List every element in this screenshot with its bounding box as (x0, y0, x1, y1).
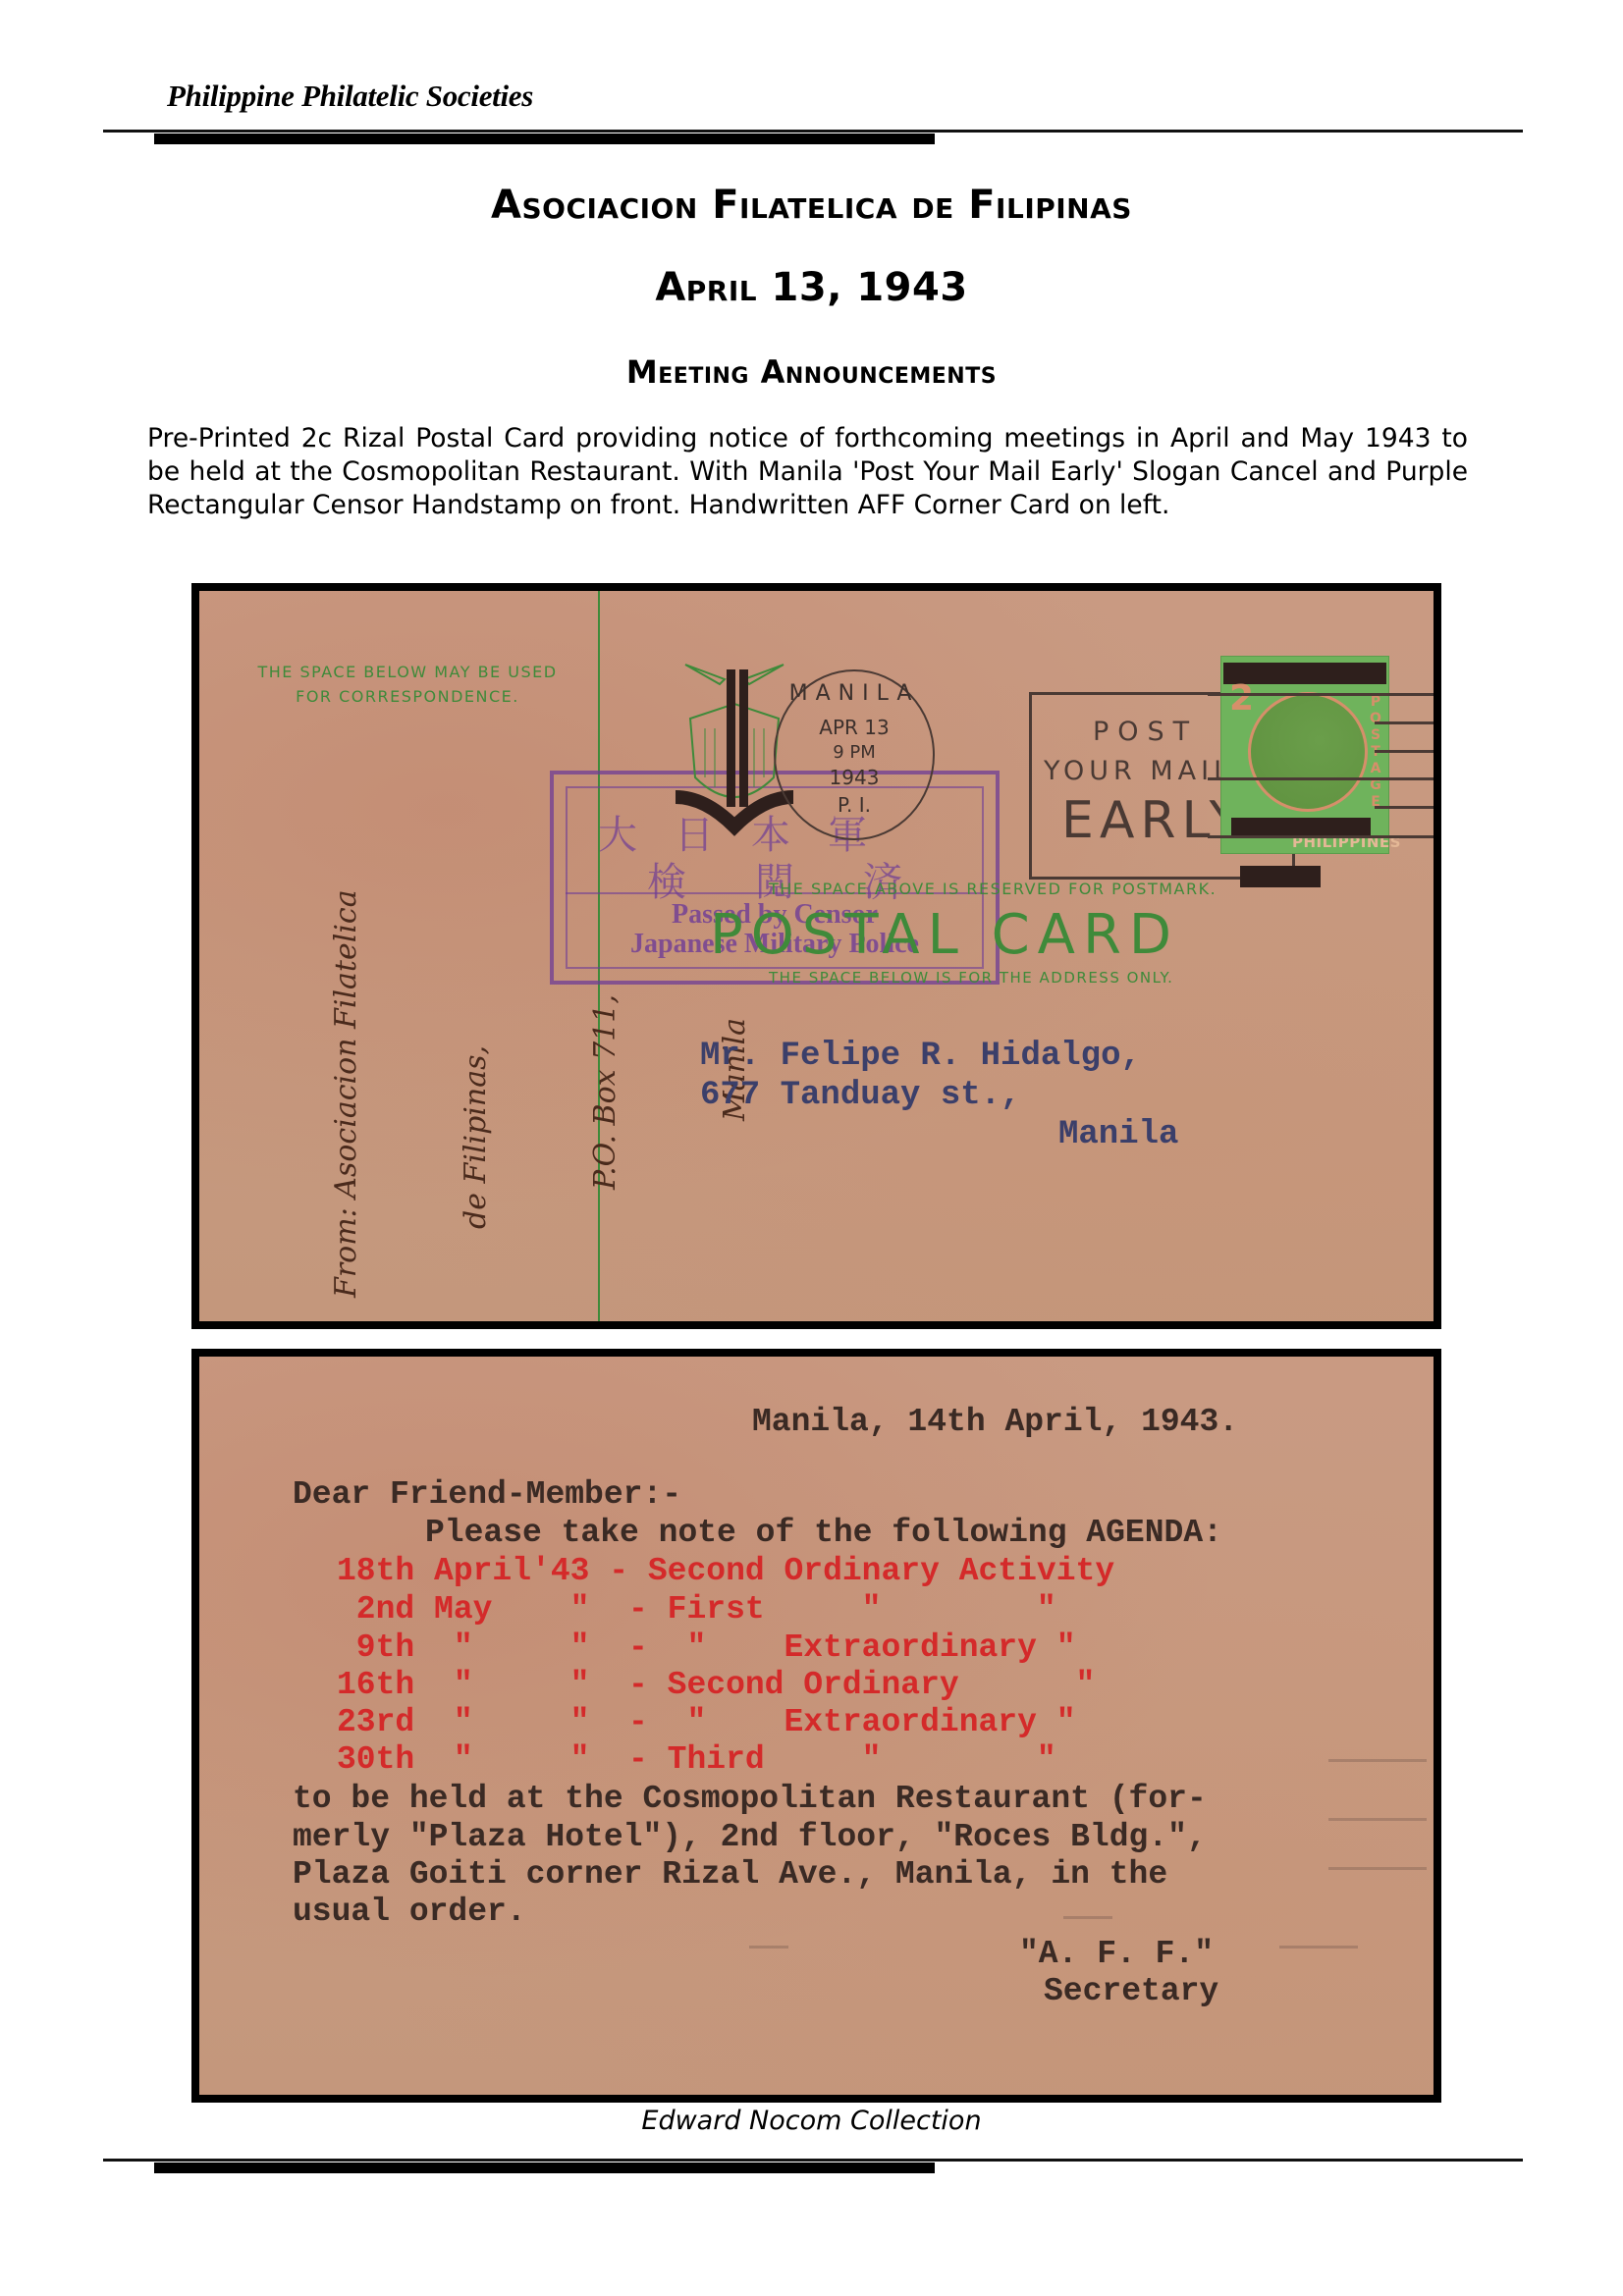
letter-signature-title: Secretary (1044, 1973, 1218, 2011)
footer-rule (103, 2159, 1523, 2162)
letter-intro: Please take note of the following AGENDA… (425, 1515, 1222, 1553)
rizal-stamp: 2 POSTAGE PHILIPPINES (1220, 656, 1389, 854)
letter-body-line: to be held at the Cosmopolitan Restauran… (293, 1781, 1207, 1819)
correspondence-note: THE SPACE BELOW MAY BE USED FOR CORRESPO… (221, 660, 594, 709)
date-title: April 13, 1943 (0, 265, 1623, 310)
society-header: Philippine Philatelic Societies (167, 79, 533, 114)
footer-rule-bar (154, 2163, 935, 2173)
header-rule (103, 130, 1523, 133)
letter-signature: "A. F. F." (1019, 1936, 1214, 1974)
postal-card-back: Manila, 14th April, 1943. Dear Friend-Me… (191, 1349, 1441, 2103)
header-rule-bar (154, 133, 935, 144)
letter-body-line: Plaza Goiti corner Rizal Ave., Manila, i… (293, 1856, 1167, 1895)
agenda-item: 16th " " - Second Ordinary " (337, 1667, 1095, 1705)
obliteration-bar (1240, 866, 1321, 887)
letter-body-line: merly "Plaza Hotel"), 2nd floor, "Roces … (293, 1819, 1207, 1857)
description: Pre-Printed 2c Rizal Postal Card providi… (147, 422, 1468, 522)
address-name: Mr. Felipe R. Hidalgo, (700, 1037, 1141, 1076)
agenda-item: 18th April'43 - Second Ordinary Activity (337, 1553, 1114, 1591)
agenda-item: 2nd May " - First " " (337, 1591, 1056, 1629)
letter-body-line: usual order. (293, 1894, 526, 1932)
collection-caption: Edward Nocom Collection (0, 2106, 1623, 2136)
postal-card-front: THE SPACE BELOW MAY BE USED FOR CORRESPO… (191, 583, 1441, 1329)
rizal-portrait-icon (1248, 692, 1368, 812)
letter-salutation: Dear Friend-Member:- (293, 1476, 681, 1515)
letter-dateline: Manila, 14th April, 1943. (752, 1404, 1238, 1442)
organization-title: Asociacion Filatelica de Filipinas (0, 183, 1623, 228)
subject-title: Meeting Announcements (0, 353, 1623, 391)
agenda-item: 30th " " - Third " " (337, 1741, 1056, 1780)
address-city: Manila (1058, 1115, 1178, 1154)
agenda-item: 23rd " " - " Extraordinary " (337, 1704, 1076, 1742)
postmark-space-note: THE SPACE ABOVE IS RESERVED FOR POSTMARK… (769, 880, 1217, 898)
address-street: 677 Tanduay st., (700, 1076, 1020, 1115)
agenda-item: 9th " " - " Extraordinary " (337, 1629, 1076, 1668)
postal-card-title: POSTAL CARD (710, 903, 1179, 967)
manila-postmark: MANILA APR 13 9 PM 1943 P. I. (774, 669, 935, 840)
address-space-note: THE SPACE BELOW IS FOR THE ADDRESS ONLY. (769, 969, 1173, 987)
